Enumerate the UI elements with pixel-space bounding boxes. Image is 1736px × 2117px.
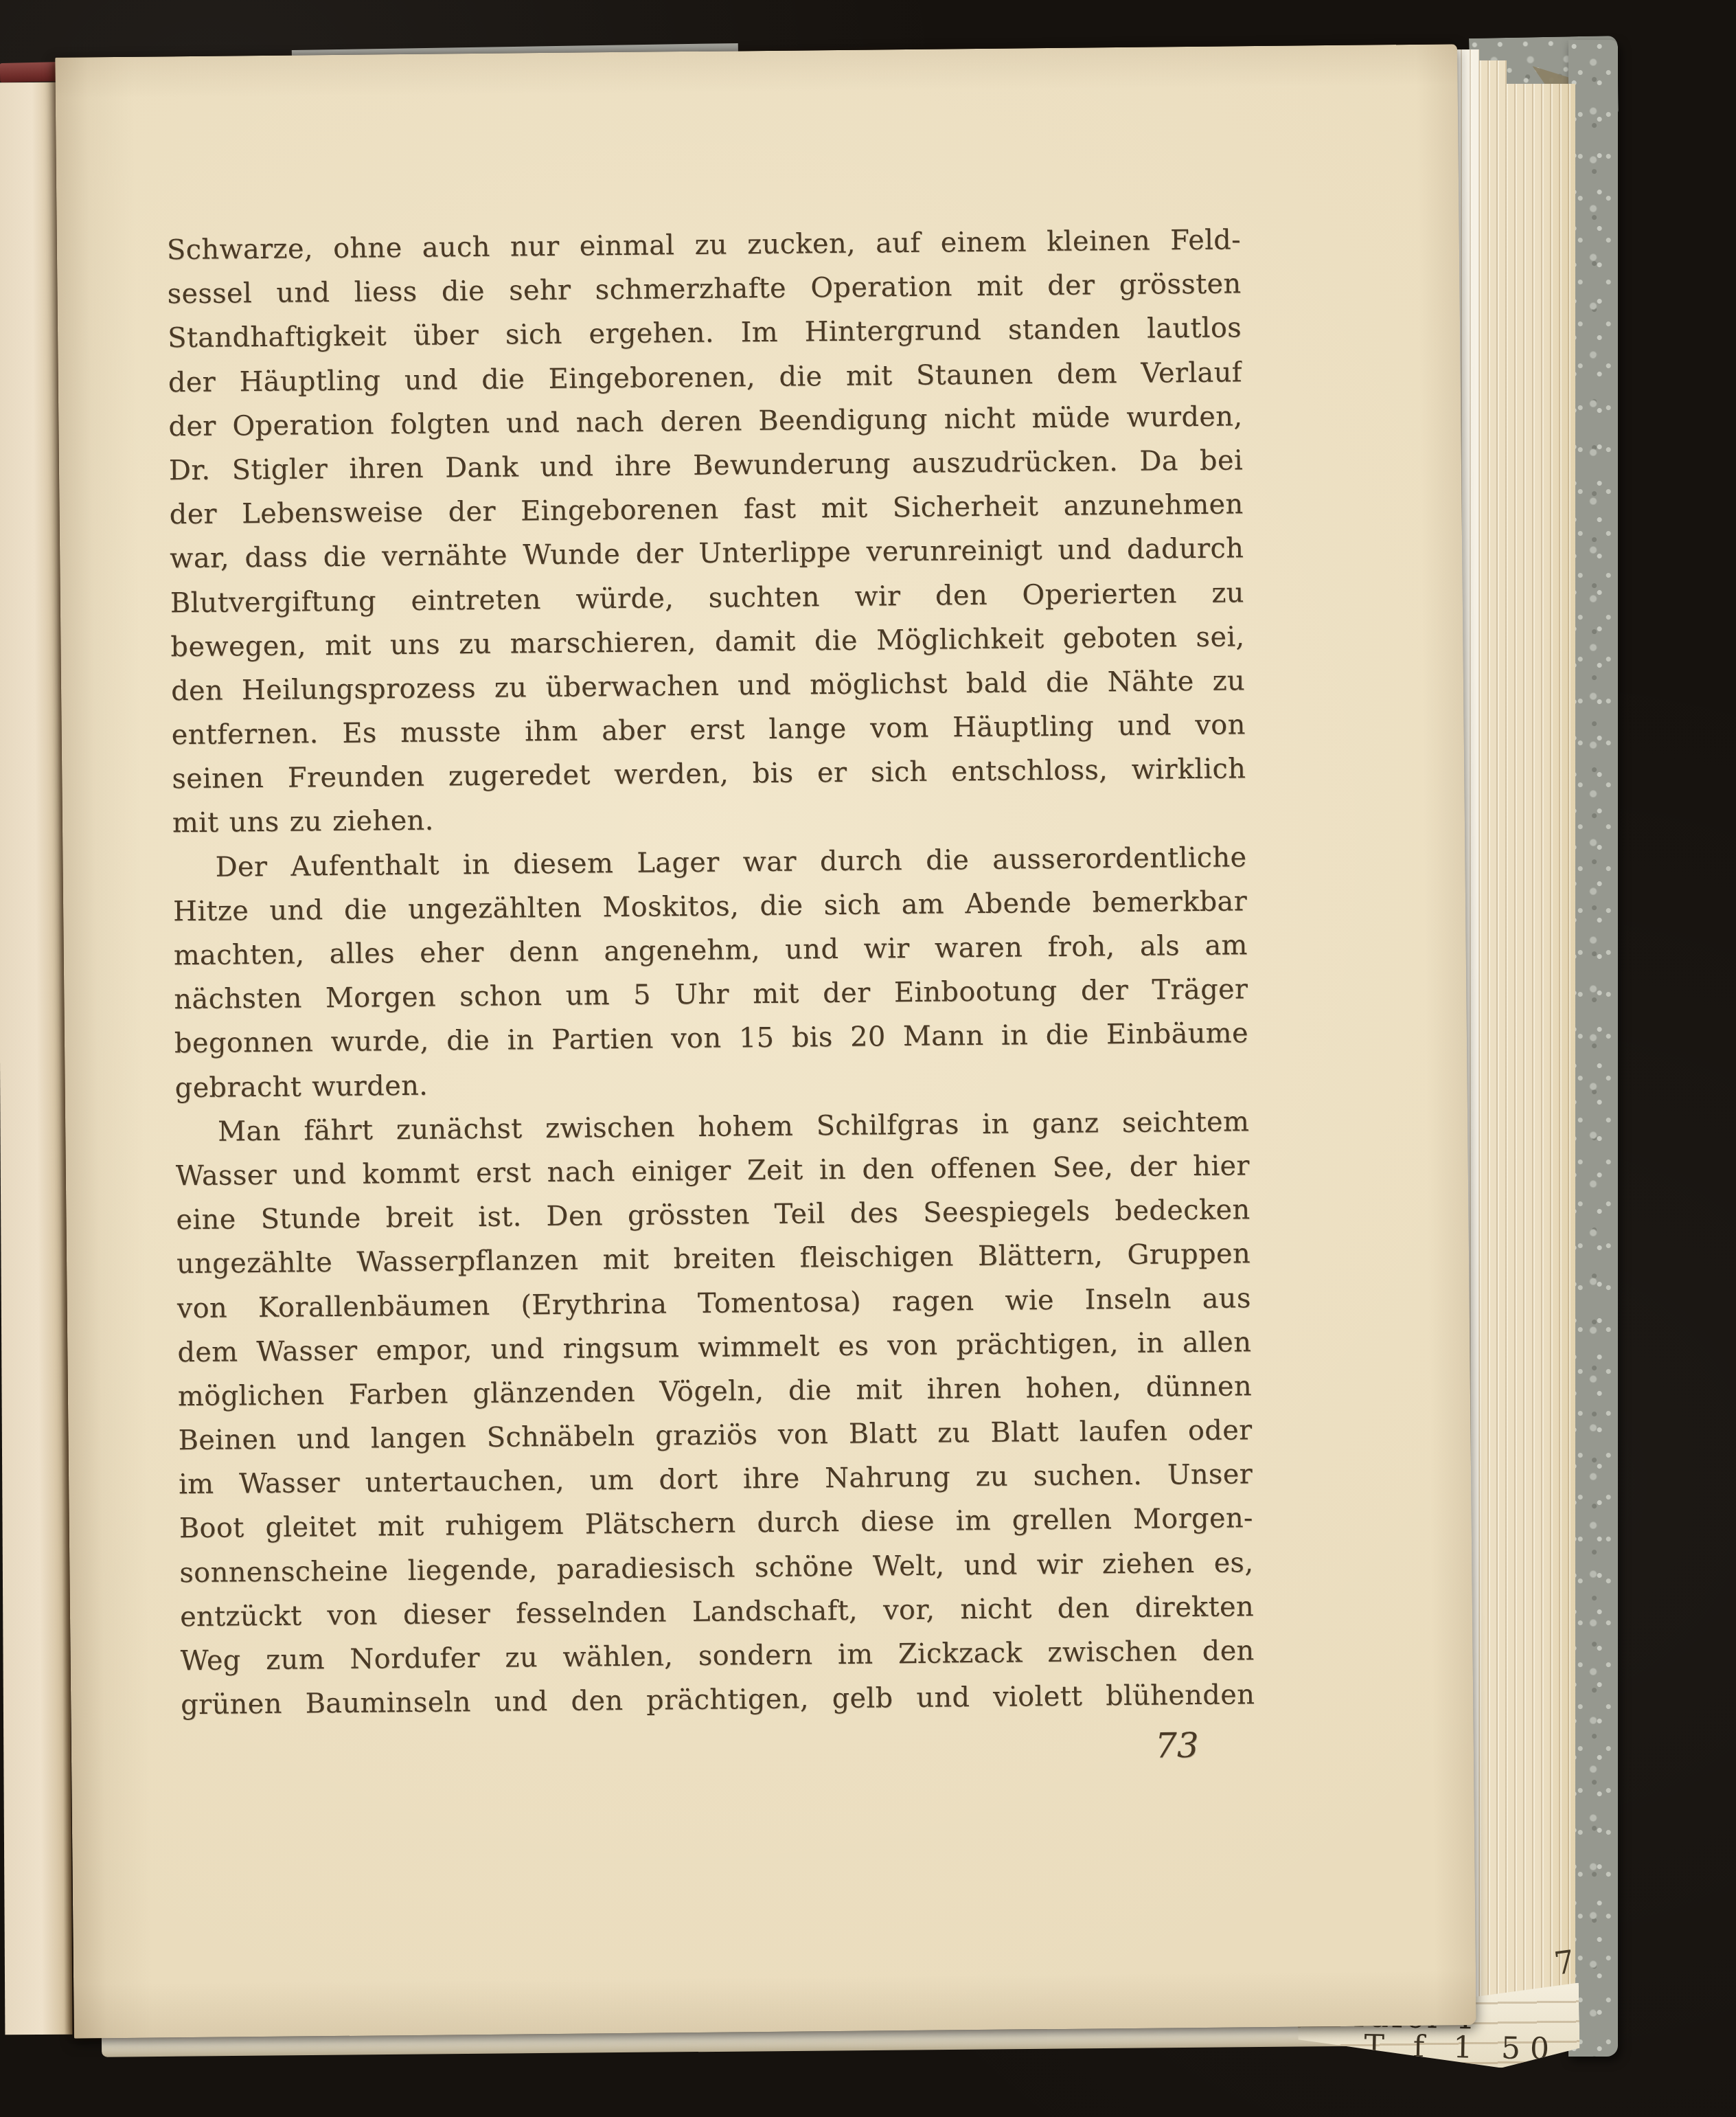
text-line: grünen Bauminseln und den prächtigen, ge… [181, 1673, 1255, 1727]
fore-edge-page-number: 7 [1542, 1941, 1588, 1984]
edge-text-fragment: T f 1 50 [1364, 2028, 1559, 2067]
book-cover-edge [1568, 40, 1618, 2057]
page-number: 73 [1129, 1725, 1226, 1766]
book-page: Schwarze, ohne auch nur einmal zu zucken… [55, 44, 1476, 2038]
photo-backdrop: 7 Tafel 4 T f 1 50 Schwarze, ohne auch n… [0, 0, 1736, 2117]
body-text: Schwarze, ohne auch nur einmal zu zucken… [167, 218, 1255, 1727]
